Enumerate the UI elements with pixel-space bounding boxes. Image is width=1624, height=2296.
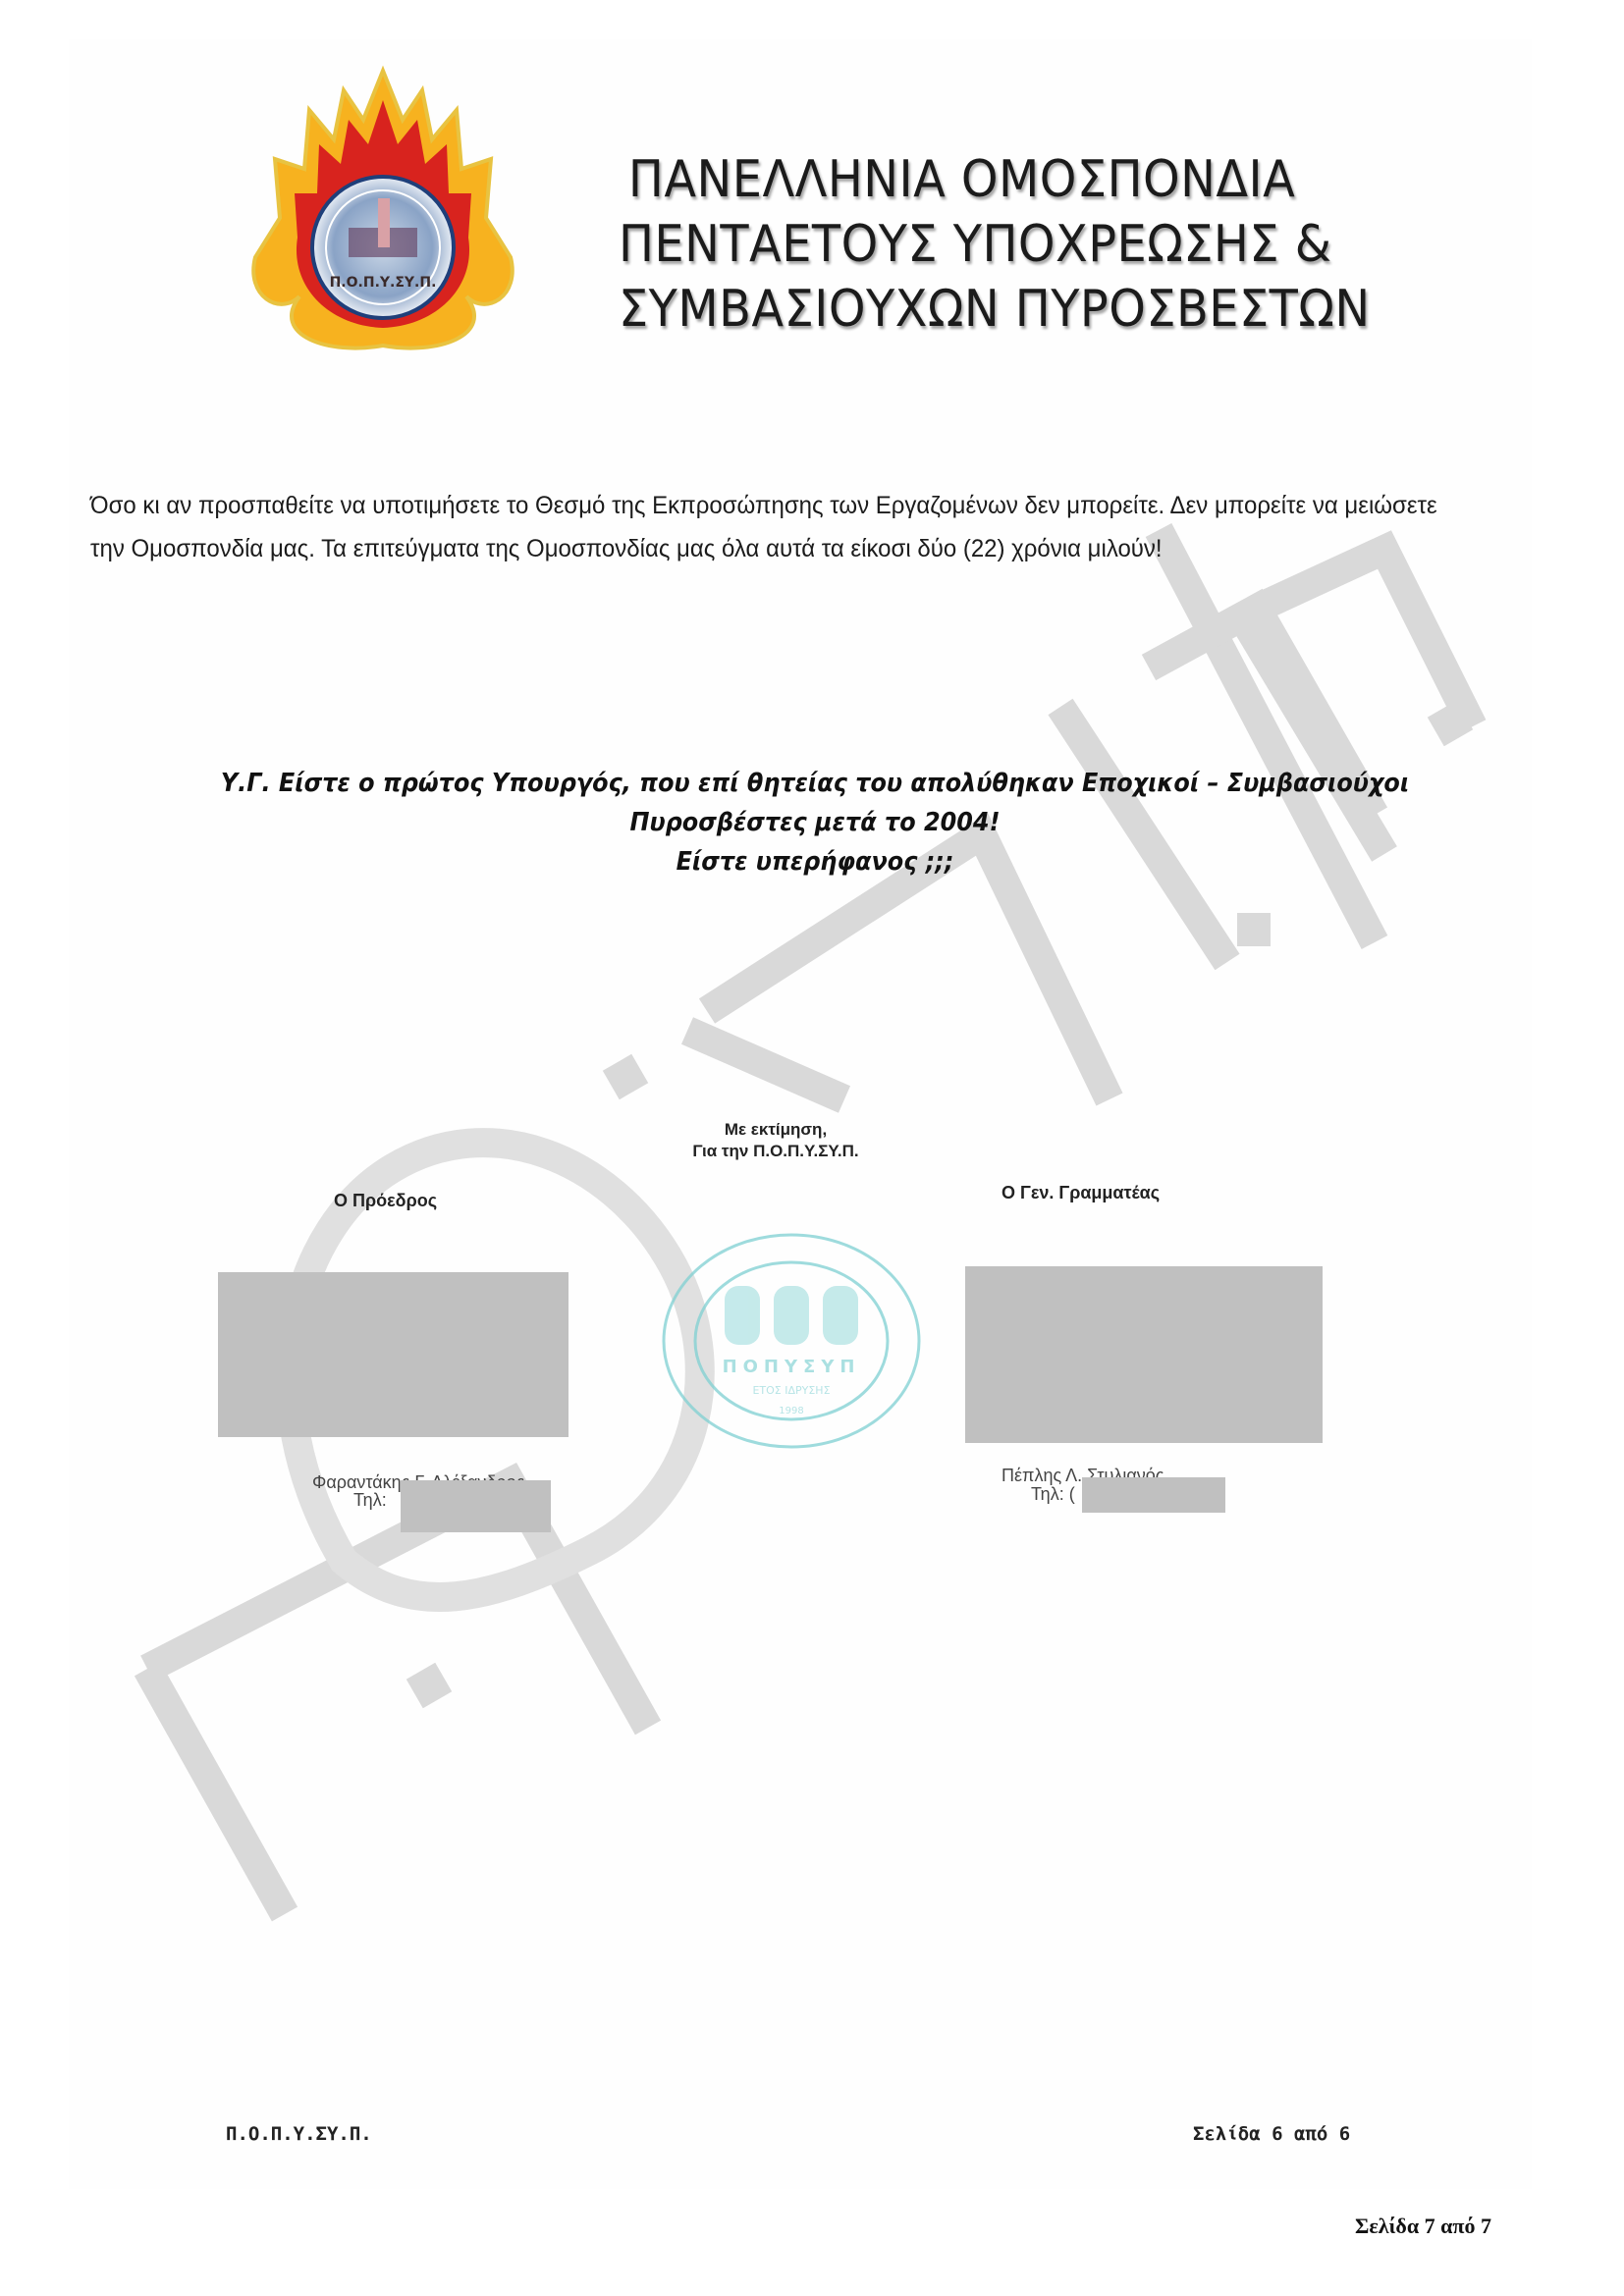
- postscript-statement: Υ.Γ. Είστε ο πρώτος Υπουργός, που επί θη…: [174, 764, 1456, 881]
- regards-line: Με εκτίμηση,: [628, 1119, 923, 1141]
- statement-line: Πυροσβέστες μετά το 2004!: [174, 803, 1456, 842]
- svg-text:ΠΟΠΥΣΥΠ: ΠΟΠΥΣΥΠ: [723, 1357, 861, 1377]
- org-title-line: ΣΥΜΒΑΣΙΟΥΧΩΝ ΠΥΡΟΣΒΕΣΤΩΝ: [619, 277, 1305, 342]
- svg-text:ΕΤΟΣ ΙΔΡΥΣΗΣ: ΕΤΟΣ ΙΔΡΥΣΗΣ: [752, 1384, 830, 1397]
- redacted-president-phone: [401, 1480, 551, 1532]
- document-page: [69, 39, 1532, 2189]
- outer-page-number: Σελίδα 7 από 7: [1355, 2214, 1491, 2239]
- closing-regards: Με εκτίμηση, Για την Π.Ο.Π.Υ.ΣΥ.Π.: [628, 1119, 923, 1162]
- president-role-label: Ο Πρόεδρος: [334, 1191, 437, 1211]
- secretary-tel-label: Τηλ: (: [1031, 1484, 1075, 1505]
- intro-paragraph: Όσο κι αν προσπαθείτε να υποτιμήσετε το …: [90, 484, 1467, 570]
- org-title-line: ΠΑΝΕΛΛΗΝΙΑ ΟΜΟΣΠΟΝΔΙΑ: [619, 147, 1305, 212]
- footer-organization: Π.Ο.Π.Υ.ΣΥ.Π.: [226, 2123, 372, 2145]
- organization-title: ΠΑΝΕΛΛΗΝΙΑ ΟΜΟΣΠΟΝΔΙΑ ΠΕΝΤΑΕΤΟΥΣ ΥΠΟΧΡΕΩ…: [619, 147, 1305, 342]
- redacted-president-signature: [218, 1272, 568, 1437]
- footer-inner-page-number: Σελίδα 6 από 6: [1193, 2123, 1350, 2145]
- organization-seal-stamp-icon: ΠΟΠΥΣΥΠ ΕΤΟΣ ΙΔΡΥΣΗΣ 1998: [656, 1227, 927, 1455]
- statement-line: Υ.Γ. Είστε ο πρώτος Υπουργός, που επί θη…: [174, 764, 1456, 803]
- redacted-secretary-phone: [1082, 1477, 1225, 1513]
- svg-text:Π.Ο.Π.Υ.ΣΥ.Π.: Π.Ο.Π.Υ.ΣΥ.Π.: [330, 275, 437, 291]
- president-tel-label: Τηλ:: [353, 1490, 387, 1511]
- secretary-role-label: Ο Γεν. Γραμματέας: [1001, 1183, 1160, 1203]
- svg-text:1998: 1998: [779, 1406, 803, 1416]
- firefighters-flame-emblem-icon: Π.Ο.Π.Υ.ΣΥ.Π.: [241, 61, 525, 355]
- regards-line: Για την Π.Ο.Π.Υ.ΣΥ.Π.: [628, 1141, 923, 1162]
- redacted-secretary-signature: [965, 1266, 1323, 1443]
- statement-line: Είστε υπερήφανος ;;;: [174, 842, 1456, 881]
- org-title-line: ΠΕΝΤΑΕΤΟΥΣ ΥΠΟΧΡΕΩΣΗΣ &: [619, 212, 1305, 277]
